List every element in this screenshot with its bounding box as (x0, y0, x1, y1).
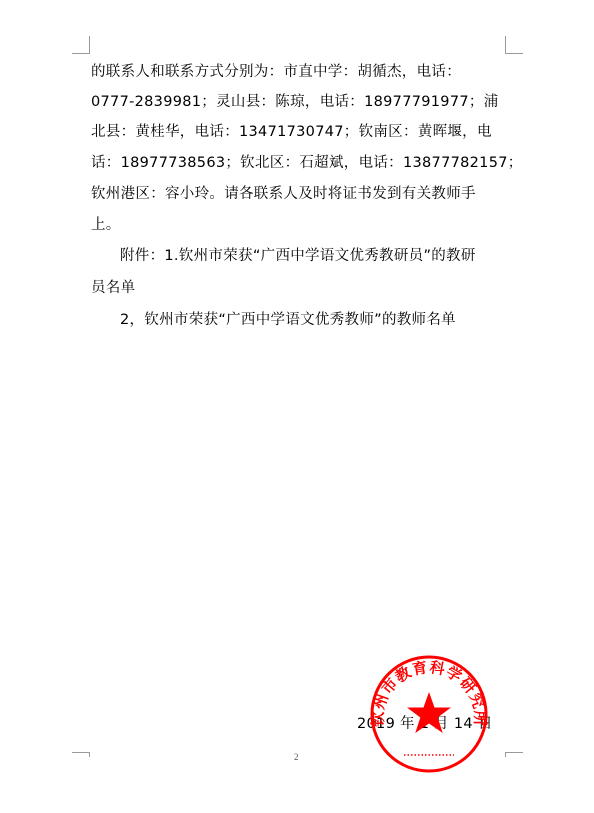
body-line: 北县：黄桂华，电话：13471730747；钦南区：黄晖堰，电 (91, 122, 511, 142)
body-line: 0777-2839981；灵山县：陈琼，电话：18977791977；浦 (91, 92, 511, 112)
body-line: 钦州港区：容小玲。请各联系人及时将证书发到有关教师手 (91, 184, 511, 204)
body-line: 话：18977738563；钦北区：石超斌，电话：13877782157； (91, 153, 511, 173)
margin-corner-top-left (72, 36, 90, 54)
attachment-line-1: 附件：1.钦州市荣获“广西中学语文优秀教研员”的教研 (120, 246, 540, 266)
body-line: 上。 (91, 215, 511, 235)
star-icon (407, 692, 451, 733)
body-line: 的联系人和联系方式分别为：市直中学：胡循杰，电话： (91, 62, 511, 82)
attachment-line-1-continued: 员名单 (91, 278, 511, 298)
attachment-line-2: 2，钦州市荣获“广西中学语文优秀教师”的教师名单 (120, 310, 540, 330)
page-number: 2 (294, 752, 299, 762)
margin-corner-bottom-right (505, 752, 523, 757)
margin-corner-top-right (505, 36, 523, 54)
official-seal-stamp: 钦州市教育科学研究所 (368, 653, 490, 775)
margin-corner-bottom-left (72, 752, 90, 757)
